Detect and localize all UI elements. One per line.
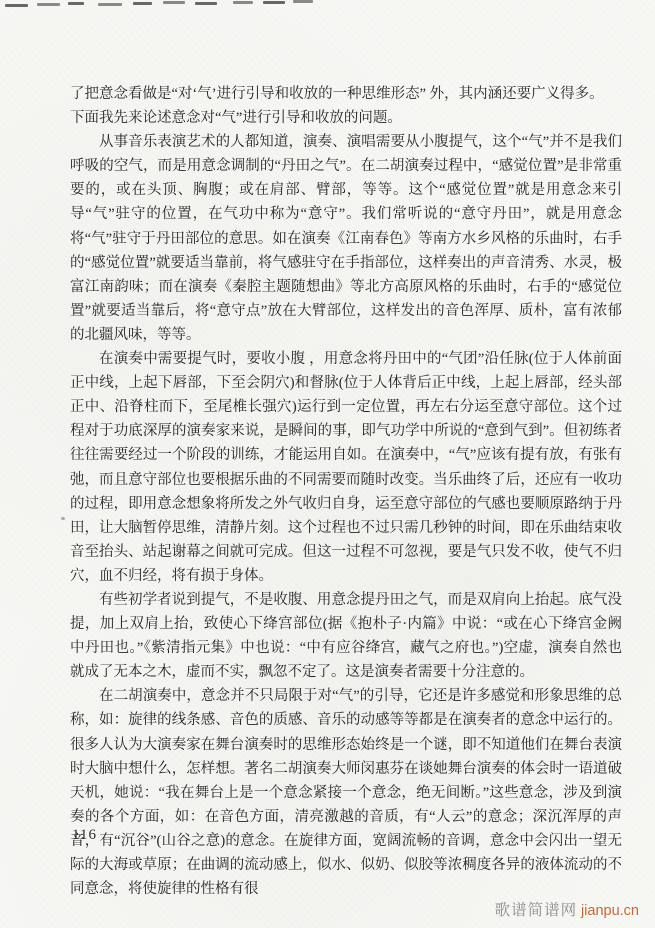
scanned-page: 了把意念看做是“对‘气’进行引导和收放的一种思维形态” 外，其内涵还要广义得多。… bbox=[0, 0, 655, 928]
dash-artifact bbox=[195, 2, 217, 5]
paragraph: 下面我先来论述意念对“气”进行引导和收放的问题。 bbox=[70, 106, 622, 130]
watermark-site-name: 歌谱简谱网 bbox=[495, 902, 578, 919]
dash-artifact bbox=[163, 1, 185, 4]
dash-artifact bbox=[37, 3, 60, 6]
dash-artifact bbox=[263, 1, 285, 4]
watermark-site-url: jianpu.cn bbox=[581, 903, 639, 919]
page-number: 116 bbox=[72, 827, 97, 844]
paragraph: 在演奏中需要提气时，要收小腹 ，用意念将丹田中的“气团”沿任脉(位于人体前面正中… bbox=[70, 347, 622, 588]
paragraph: 在二胡演奏中，意念并不只局限于对“气”的引导，它还是许多感觉和形象思维的总称，如… bbox=[70, 684, 622, 901]
scan-speck bbox=[61, 517, 65, 520]
paragraph: 从事音乐表演艺术的人都知道，演奏、演唱需要从小腹提气，这个“气”并不是我们呼吸的… bbox=[70, 130, 622, 347]
top-edge-dash-artifacts bbox=[0, 0, 655, 10]
paragraph: 有些初学者说到提气，不是收腹、用意念提丹田之气，而是双肩向上抬起。底气没提，加上… bbox=[70, 588, 622, 684]
paragraph: 了把意念看做是“对‘气’进行引导和收放的一种思维形态” 外，其内涵还要广义得多。 bbox=[70, 82, 622, 106]
dash-artifact bbox=[233, 1, 253, 4]
dash-artifact bbox=[98, 3, 122, 6]
dash-artifact bbox=[133, 2, 152, 5]
body-text: 了把意念看做是“对‘气’进行引导和收放的一种思维形态” 外，其内涵还要广义得多。… bbox=[70, 82, 622, 901]
dash-artifact bbox=[5, 4, 28, 7]
watermark: 歌谱简谱网 jianpu.cn bbox=[495, 898, 639, 920]
dash-artifact bbox=[293, 0, 313, 3]
dash-artifact bbox=[68, 2, 84, 5]
